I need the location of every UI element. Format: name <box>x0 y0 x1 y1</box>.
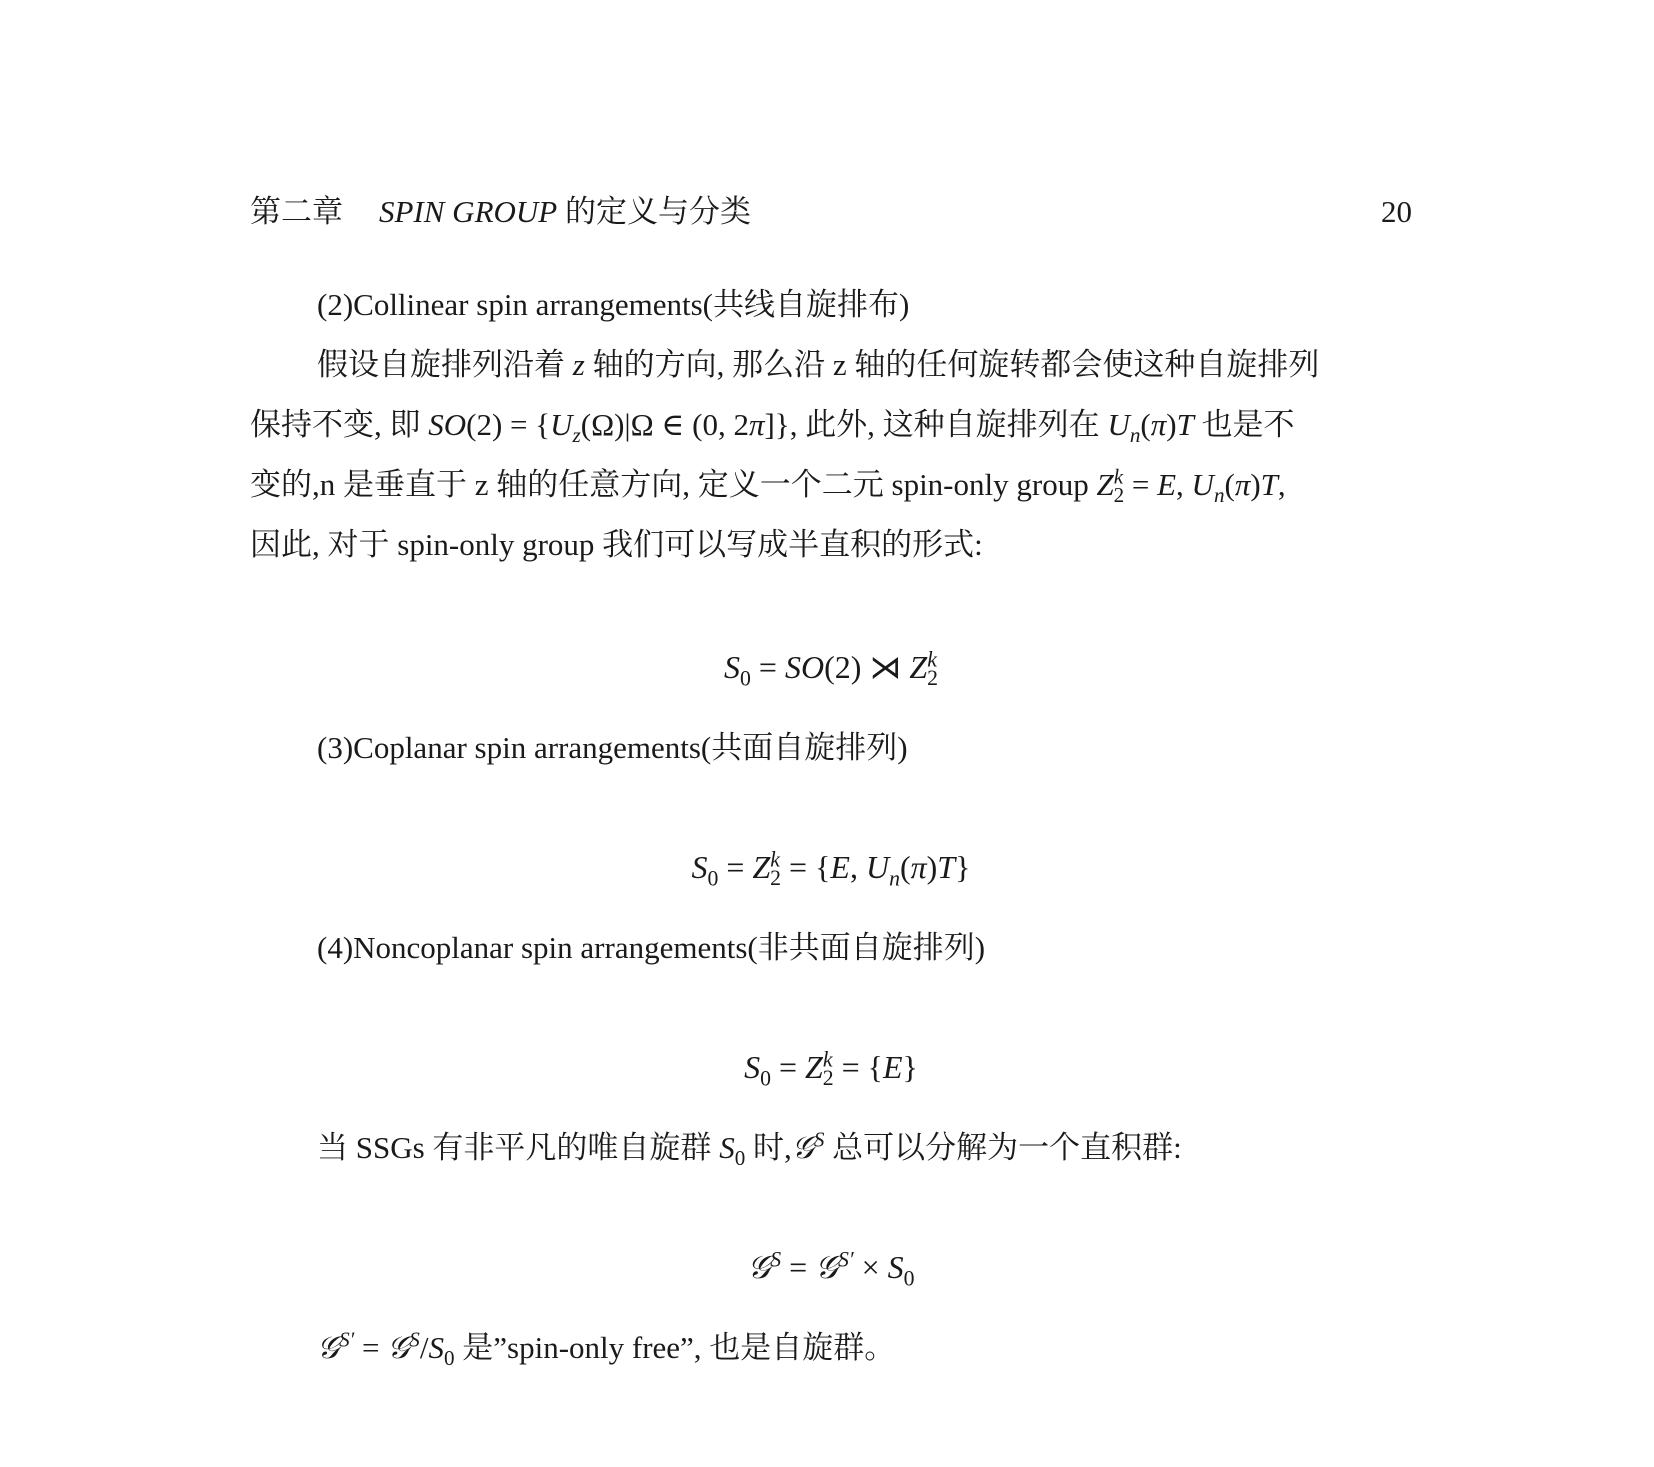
text-span: 变的,n 是垂直于 z 轴的任意方向, 定义一个二元 spin-only gro… <box>250 467 1089 502</box>
paragraph-1-line-4: 因此, 对于 spin-only group 我们可以写成半直积的形式: <box>250 525 1412 565</box>
text-span: 总可以分解为一个直积群: <box>832 1130 1182 1165</box>
text-span: 假设自旋排列沿着 <box>317 347 565 382</box>
paragraph-1-line-3: 变的,n 是垂直于 z 轴的任意方向, 定义一个二元 spin-only gro… <box>250 465 1412 505</box>
math-un-pi-t: Un(π)T <box>1107 407 1193 442</box>
paragraph-2: 当 SSGs 有非平凡的唯自旋群 S0 时,𝒢S 总可以分解为一个直积群: <box>317 1128 1182 1168</box>
text-span: 当 SSGs 有非平凡的唯自旋群 <box>317 1130 711 1165</box>
chapter-title: 第二章SPIN GROUP 的定义与分类 <box>250 192 751 232</box>
page-number: 20 <box>1381 192 1412 232</box>
math-z: z <box>573 347 585 382</box>
equation-direct-product: 𝒢S = 𝒢S′ × S0 <box>250 1245 1412 1289</box>
paragraph-1-line-2: 保持不变, 即 SO(2) = {Uz(Ω)|Ω ∈ (0, 2π]}, 此外,… <box>250 405 1412 445</box>
math-gs: 𝒢S <box>792 1130 825 1165</box>
text-span: 轴的方向, 那么沿 z 轴的任何旋转都会使这种自旋排列 <box>593 347 1320 382</box>
text-span: 是”spin-only free”, 也是自旋群。 <box>462 1330 895 1365</box>
text-span: 时, <box>753 1130 792 1165</box>
text-span: , 此外, 这种自旋排列在 <box>790 407 1100 442</box>
paragraph-3: 𝒢S′ = 𝒢S/S0 是”spin-only free”, 也是自旋群。 <box>317 1328 895 1368</box>
running-header: 第二章SPIN GROUP 的定义与分类 20 <box>250 192 1412 232</box>
math-so2-definition: SO(2) = {Uz(Ω)|Ω ∈ (0, 2π]} <box>428 407 789 442</box>
text-span: 也是不 <box>1202 407 1295 442</box>
math-s0: S0 <box>719 1130 745 1165</box>
equation-noncoplanar: S0 = Zk2 = {E} <box>250 1045 1412 1089</box>
chapter-label: 第二章 <box>250 194 343 229</box>
collinear-heading: (2)Collinear spin arrangements(共线自旋排布) <box>317 285 909 325</box>
chapter-title-latin: SPIN GROUP <box>379 194 557 229</box>
paragraph-1-line-1: 假设自旋排列沿着 z 轴的方向, 那么沿 z 轴的任何旋转都会使这种自旋排列 <box>317 345 1412 385</box>
chapter-title-cjk: 的定义与分类 <box>565 194 751 229</box>
math-quotient: 𝒢S′ = 𝒢S/S0 <box>317 1330 455 1365</box>
document-page: 第二章SPIN GROUP 的定义与分类 20 (2)Collinear spi… <box>0 0 1654 1467</box>
coplanar-heading: (3)Coplanar spin arrangements(共面自旋排列) <box>317 728 908 768</box>
equation-semidirect-product: S0 = SO(2) ⋊ Zk2 <box>250 645 1412 689</box>
math-z2k-definition: Zk2 = E, Un(π)T, <box>1096 467 1285 502</box>
equation-coplanar: S0 = Zk2 = {E, Un(π)T} <box>250 845 1412 889</box>
noncoplanar-heading: (4)Noncoplanar spin arrangements(非共面自旋排列… <box>317 928 985 968</box>
text-span: 保持不变, 即 <box>250 407 421 442</box>
